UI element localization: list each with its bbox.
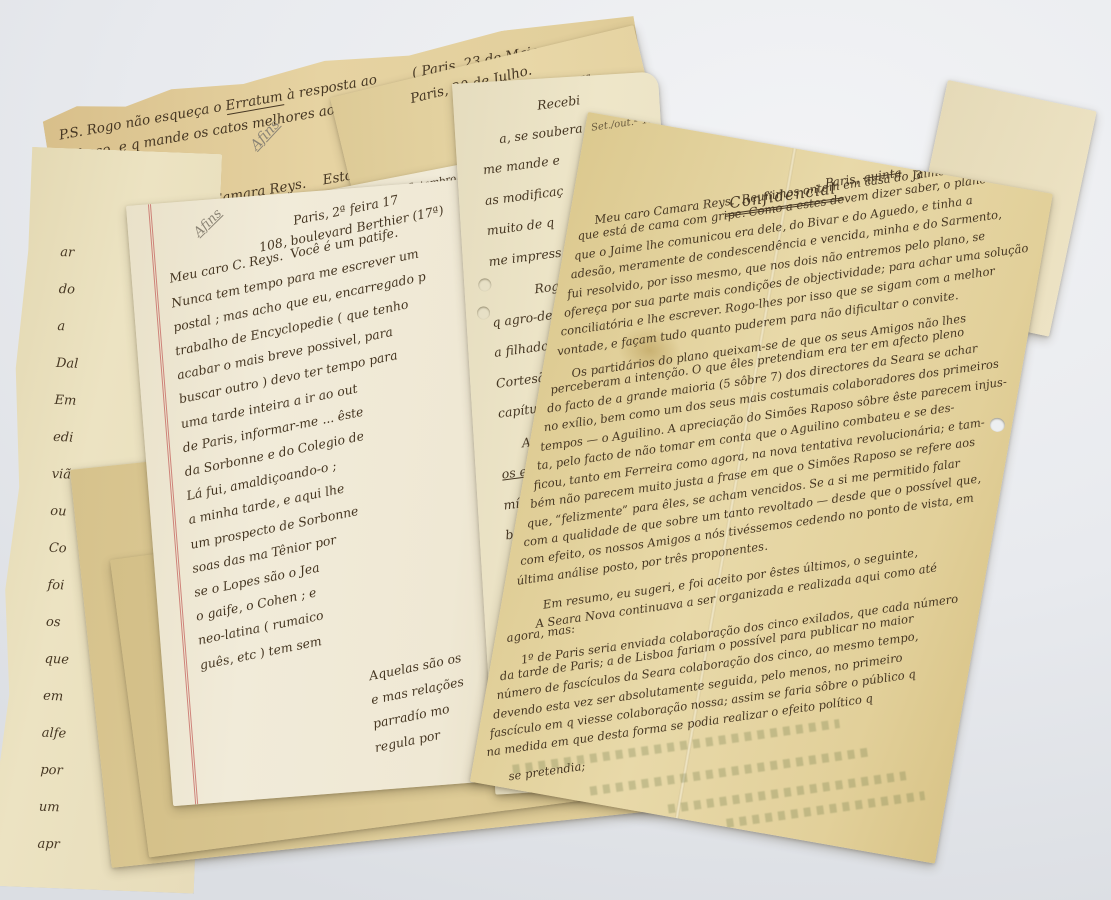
handwriting-fragment: os — [45, 604, 71, 642]
handwriting-fragment: Em — [54, 382, 80, 420]
handwriting-fragment: um — [38, 789, 64, 827]
handwriting-fragment: ar — [60, 234, 86, 272]
handwriting-fragment: Co — [48, 530, 74, 568]
handwriting-fragment: por — [40, 752, 66, 790]
handwriting-fragment: alfe — [41, 715, 67, 753]
letter-body: Paris, 2ª feira 17108, boulevard Berthie… — [165, 197, 488, 774]
handwriting-fragment: em — [42, 678, 68, 716]
photo-of-manuscripts: P.S. Rogo não esqueça o Erratum à respos… — [0, 0, 1111, 900]
handwriting-fragment: Dal — [55, 345, 81, 383]
handwriting-fragment: foi — [47, 567, 73, 605]
handwriting-fragment: que — [44, 641, 70, 679]
handwriting-fragment: edi — [52, 419, 78, 457]
handwriting-fragment: ou — [50, 493, 76, 531]
handwriting-fragment: apr — [37, 826, 63, 864]
handwriting-fragment: a — [57, 308, 83, 346]
punch-hole — [477, 306, 491, 320]
handwriting-fragment: do — [58, 271, 84, 309]
